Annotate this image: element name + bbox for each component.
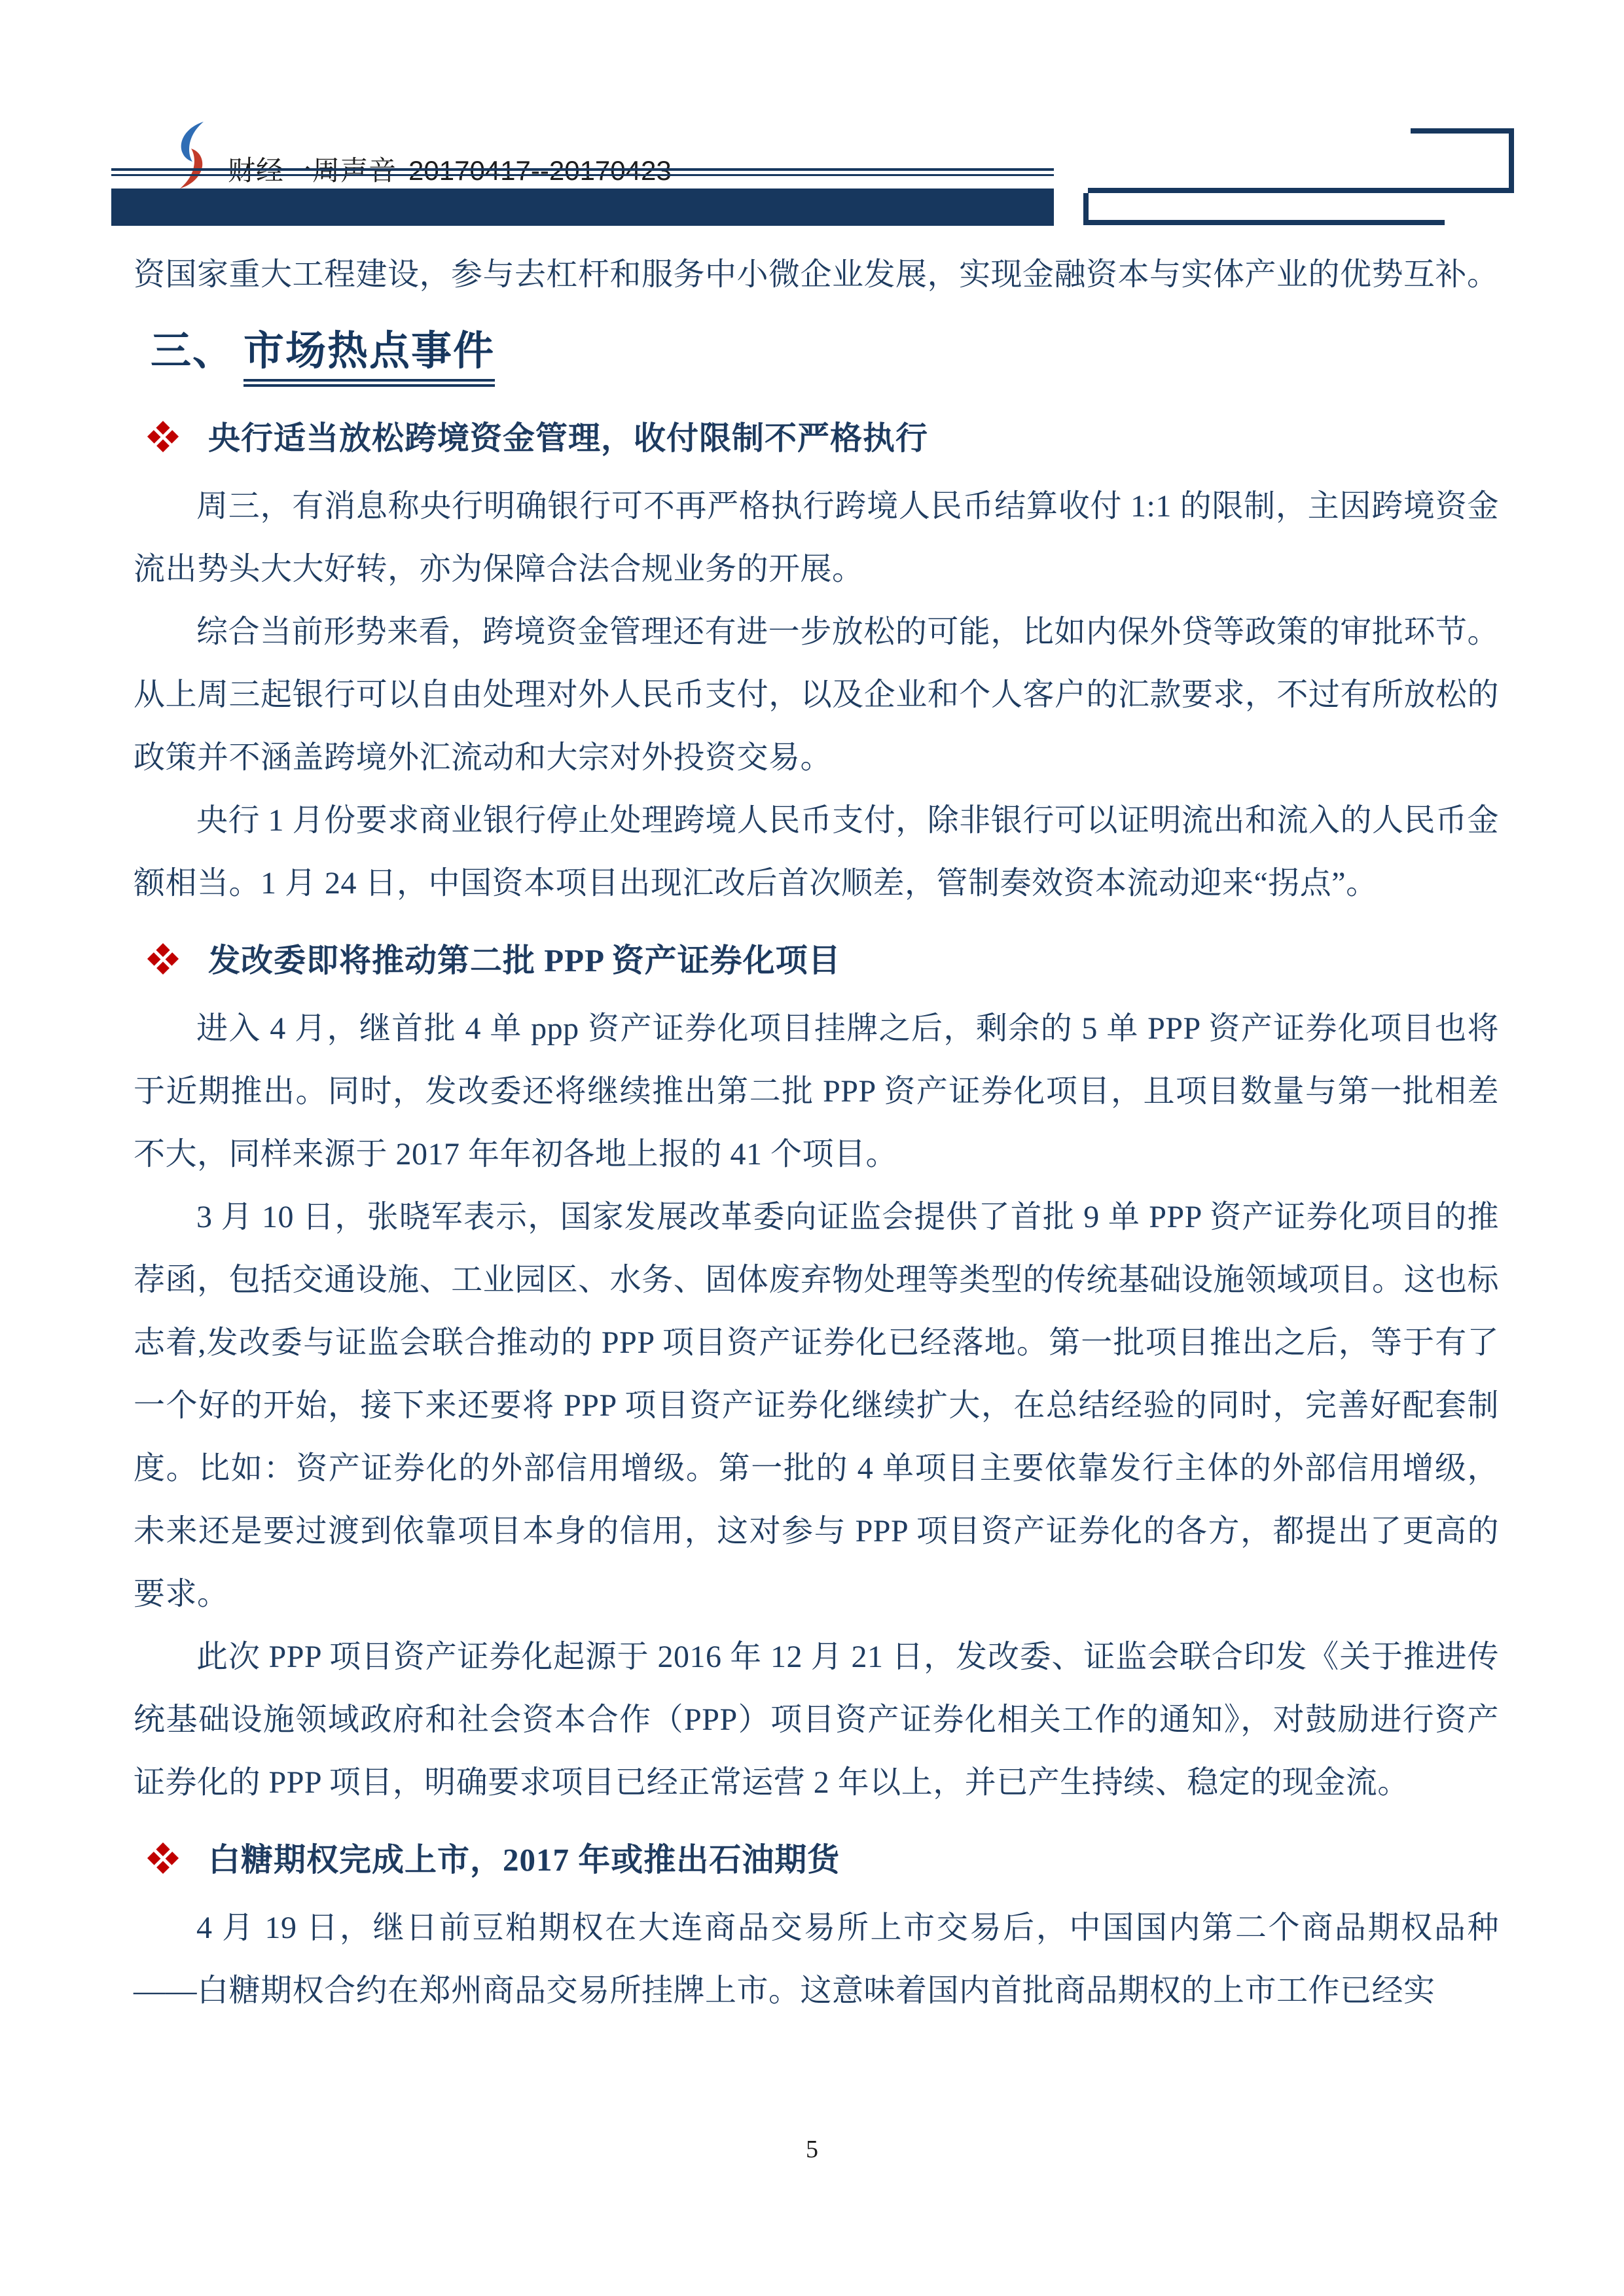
diamond-bullet-part	[147, 1852, 161, 1865]
sections-container: 央行适当放松跨境资金管理，收付限制不严格执行周三，有消息称央行明确银行可不再严格…	[134, 407, 1499, 2022]
header-double-rule	[111, 168, 1054, 176]
diamond-bullet-part	[156, 943, 170, 957]
diamond-bullet-icon	[147, 421, 179, 452]
diamond-bullet-icon	[147, 1842, 179, 1874]
bullet-heading: 央行适当放松跨境资金管理，收付限制不严格执行	[134, 407, 1499, 470]
bullet-heading: 白糖期权完成上市，2017 年或推出石油期货	[134, 1829, 1499, 1892]
deco-box-line-top	[1411, 128, 1514, 134]
section-heading: 三、市场热点事件	[134, 315, 1499, 387]
body-paragraph: 周三，有消息称央行明确银行可不再严格执行跨境人民币结算收付 1:1 的限制，主因…	[134, 475, 1499, 601]
body-paragraph: 综合当前形势来看，跨境资金管理还有进一步放松的可能，比如内保外贷等政策的审批环节…	[134, 601, 1499, 789]
body-paragraph: 进入 4 月，继首批 4 单 ppp 资产证券化项目挂牌之后，剩余的 5 单 P…	[134, 997, 1499, 1186]
diamond-bullet-part	[166, 952, 179, 966]
document-page: 财经一周声音20170417--20170423 资国家重大工程建设，参与去杠杆…	[0, 0, 1624, 2296]
page-number: 5	[0, 2135, 1624, 2164]
diamond-bullet-part	[156, 1861, 170, 1874]
diamond-bullet-part	[156, 961, 170, 975]
deco-box-line-bottom	[1083, 220, 1445, 225]
document-content: 资国家重大工程建设，参与去杠杆和服务中小微企业发展，实现金融资本与实体产业的优势…	[134, 243, 1499, 2022]
diamond-bullet-part	[166, 430, 179, 444]
diamond-bullet-part	[156, 439, 170, 453]
deco-box-line-left	[1083, 193, 1089, 223]
bullet-heading: 发改委即将推动第二批 PPP 资产证券化项目	[134, 929, 1499, 992]
bullet-heading-text: 央行适当放松跨境资金管理，收付限制不严格执行	[208, 407, 928, 470]
body-paragraph: 3 月 10 日，张晓军表示，国家发展改革委向证监会提供了首批 9 单 PPP …	[134, 1186, 1499, 1626]
deco-box-line-right	[1509, 128, 1514, 193]
intro-paragraph: 资国家重大工程建设，参与去杠杆和服务中小微企业发展，实现金融资本与实体产业的优势…	[134, 243, 1499, 306]
section-number: 三、	[151, 329, 234, 374]
bullet-heading-text: 发改委即将推动第二批 PPP 资产证券化项目	[208, 929, 841, 992]
diamond-bullet-part	[156, 1842, 170, 1856]
section-title: 市场热点事件	[244, 329, 495, 387]
deco-box-line-middle	[1088, 188, 1514, 193]
s-swirl-logo-icon	[171, 120, 213, 190]
diamond-bullet-part	[147, 952, 161, 966]
navy-title-bar	[111, 188, 1054, 226]
body-paragraph: 4 月 19 日，继日前豆粕期权在大连商品交易所上市交易后，中国国内第二个商品期…	[134, 1897, 1499, 2022]
body-paragraph: 央行 1 月份要求商业银行停止处理跨境人民币支付，除非银行可以证明流出和流入的人…	[134, 789, 1499, 915]
diamond-bullet-part	[156, 421, 170, 435]
bullet-heading-text: 白糖期权完成上市，2017 年或推出石油期货	[208, 1829, 840, 1892]
diamond-bullet-part	[166, 1852, 179, 1865]
diamond-bullet-icon	[147, 943, 179, 975]
body-paragraph: 此次 PPP 项目资产证券化起源于 2016 年 12 月 21 日，发改委、证…	[134, 1626, 1499, 1814]
diamond-bullet-part	[147, 430, 161, 444]
